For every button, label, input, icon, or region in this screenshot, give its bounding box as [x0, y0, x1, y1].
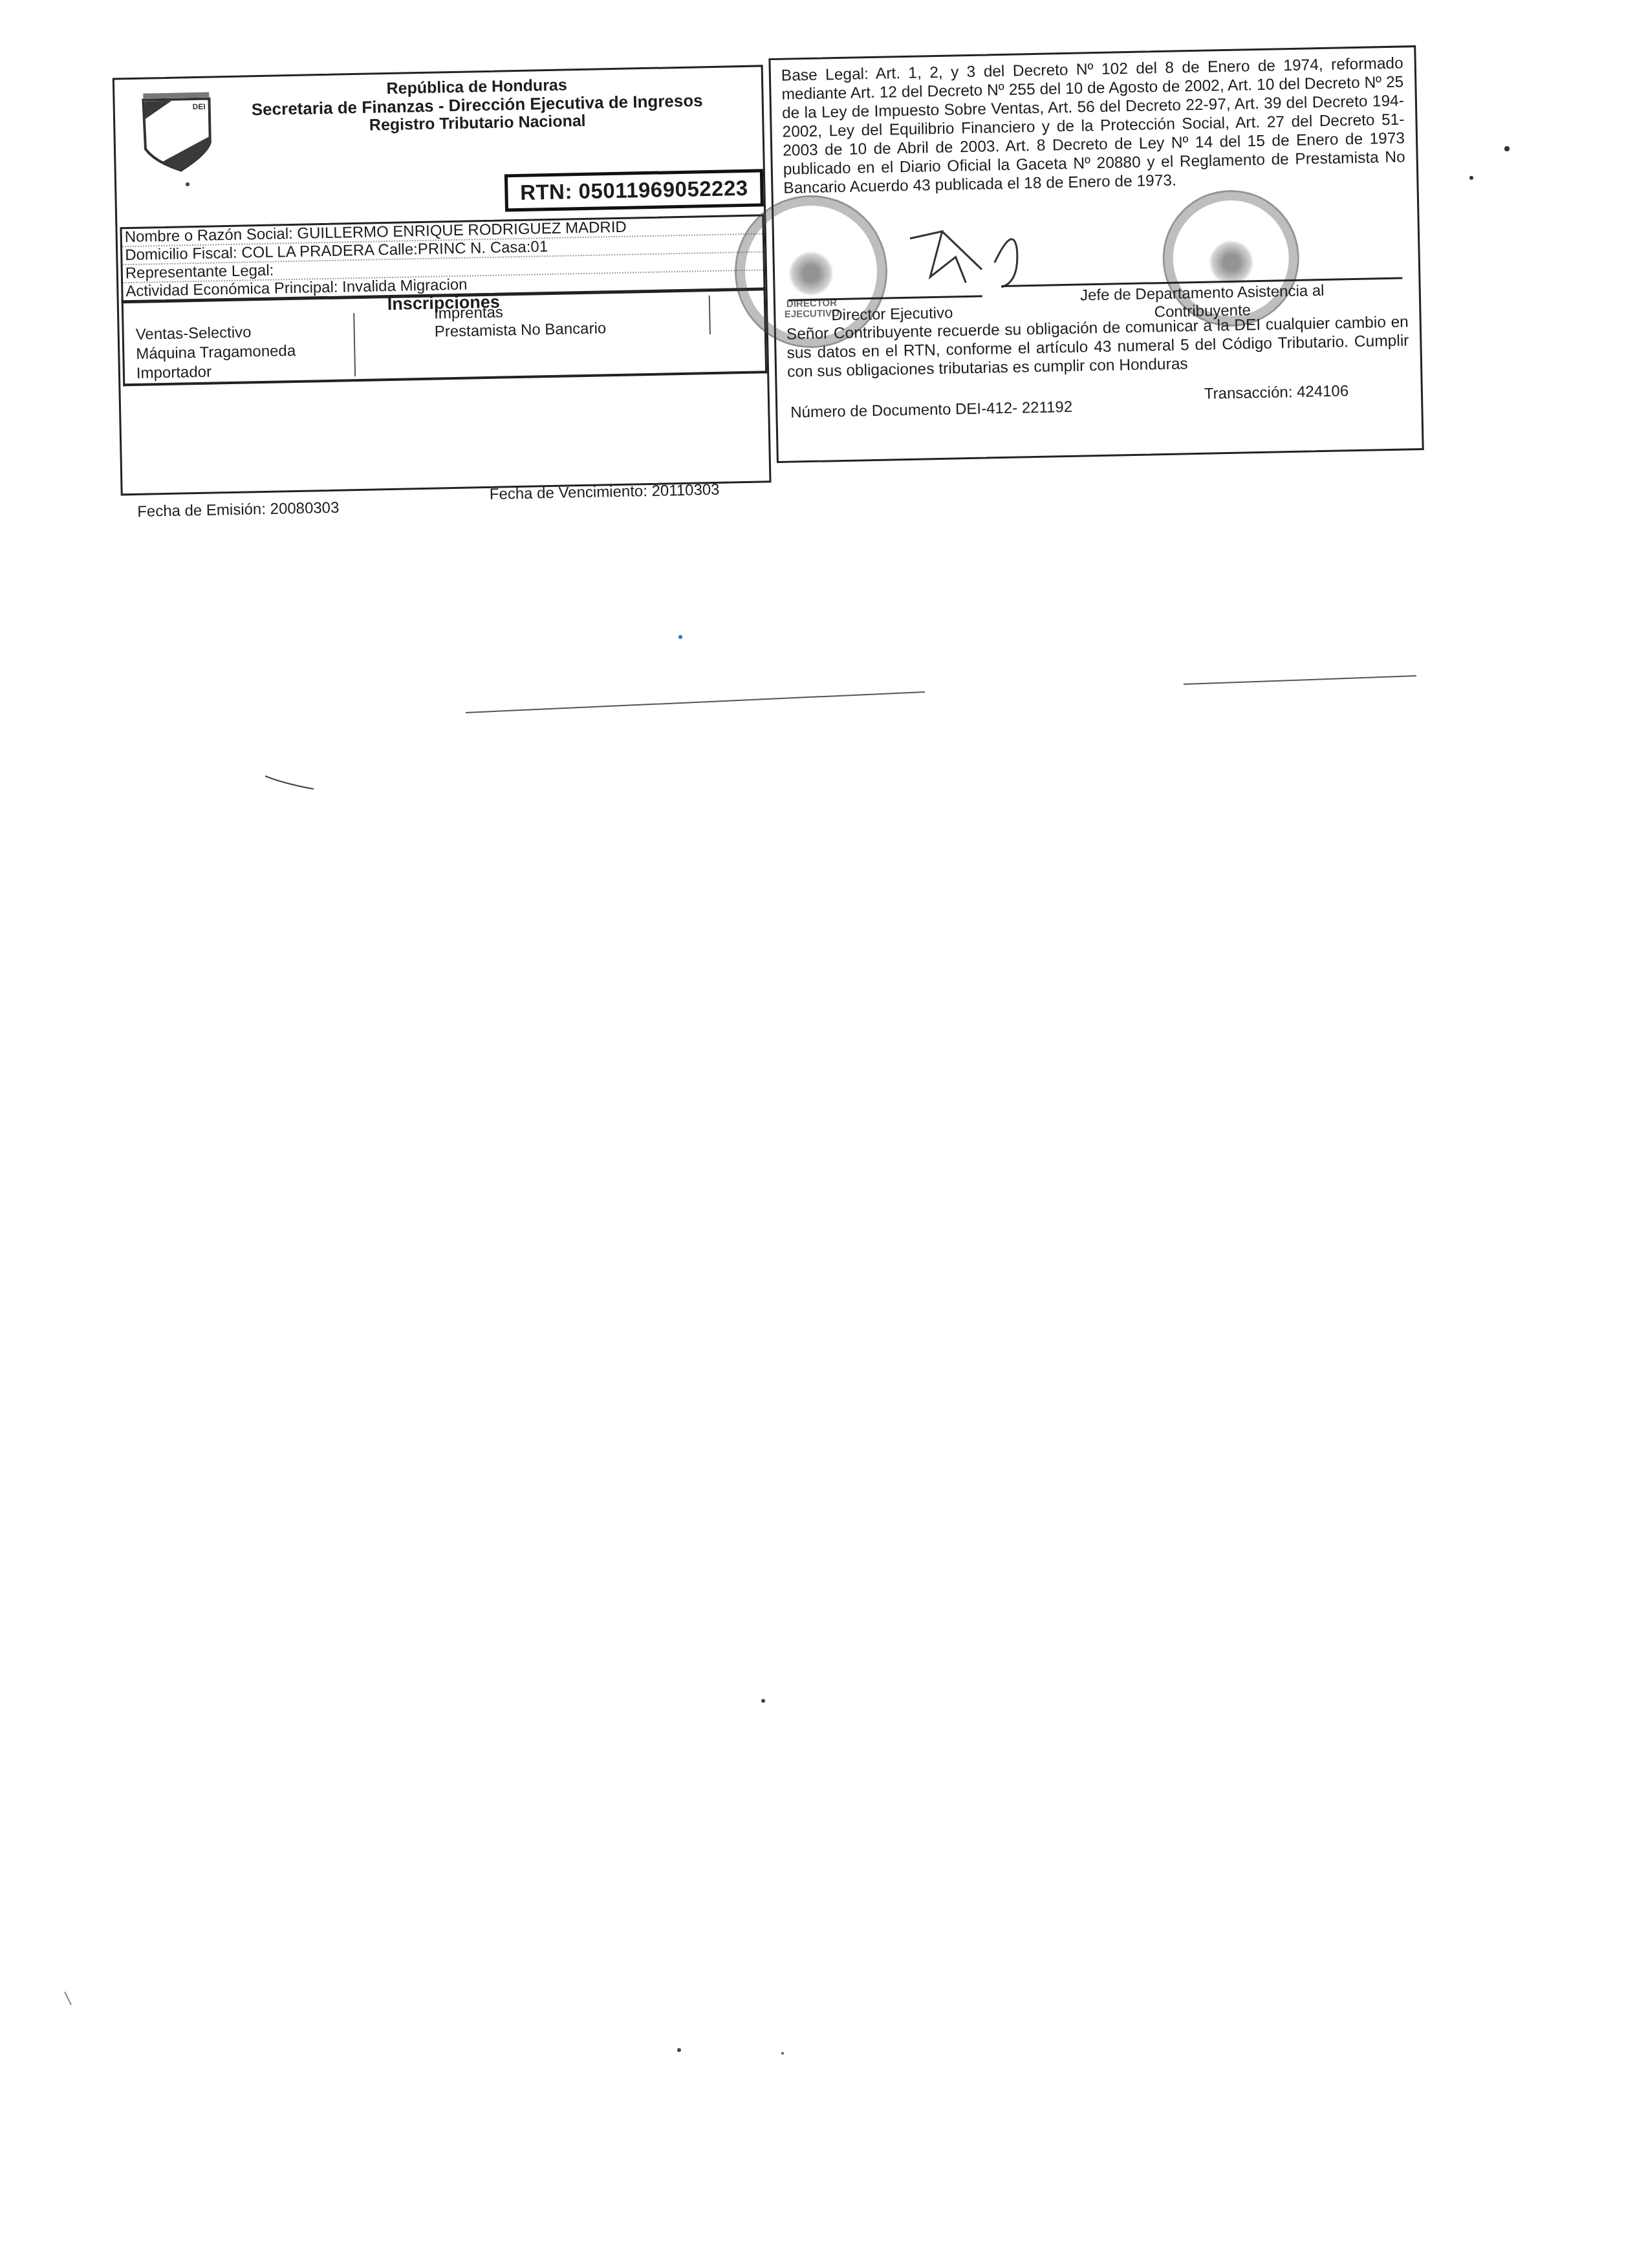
coat-of-arms-icon: [788, 250, 834, 296]
rtn-number: RTN: 05011969052223: [504, 169, 764, 211]
inscripcion-item: Ventas-Selectivo: [135, 322, 295, 345]
numero-documento: Número de Documento DEI-412- 221192: [790, 398, 1072, 422]
fecha-vencimiento: Fecha de Vencimiento: 20110303: [490, 481, 720, 504]
taxpayer-notice: Señor Contribuyente recuerde su obligaci…: [786, 312, 1410, 381]
dei-shield-icon: DEI: [140, 89, 213, 173]
inscripciones-column-1: Ventas-Selectivo Máquina Tragamoneda Imp…: [135, 322, 296, 383]
scanned-document: DEI República de Honduras Secretaria de …: [0, 0, 1635, 598]
inscripcion-item: Importador: [136, 361, 296, 383]
rtn-card-back: Base Legal: Art. 1, 2, y 3 del Decreto N…: [768, 45, 1424, 463]
fecha-emision: Fecha de Emisión: 20080303: [137, 499, 340, 521]
base-legal-text: Base Legal: Art. 1, 2, y 3 del Decreto N…: [781, 54, 1406, 197]
rtn-card-front: DEI República de Honduras Secretaria de …: [113, 65, 772, 495]
director-signature: [903, 210, 1034, 297]
column-divider: [353, 313, 356, 376]
inscripcion-item: Máquina Tragamoneda: [136, 341, 296, 364]
svg-text:DEI: DEI: [193, 102, 206, 111]
coat-of-arms-icon: [1208, 239, 1254, 285]
transaccion-number: Transacción: 424106: [1204, 382, 1349, 403]
certificate-header: República de Honduras Secretaria de Fina…: [211, 72, 743, 137]
inscripcion-item: Prestamista No Bancario: [434, 319, 606, 341]
inscripciones-section: Inscripciones Ventas-Selectivo Máquina T…: [122, 286, 767, 386]
inscripciones-column-2: Imprentas Prestamista No Bancario: [434, 301, 607, 341]
